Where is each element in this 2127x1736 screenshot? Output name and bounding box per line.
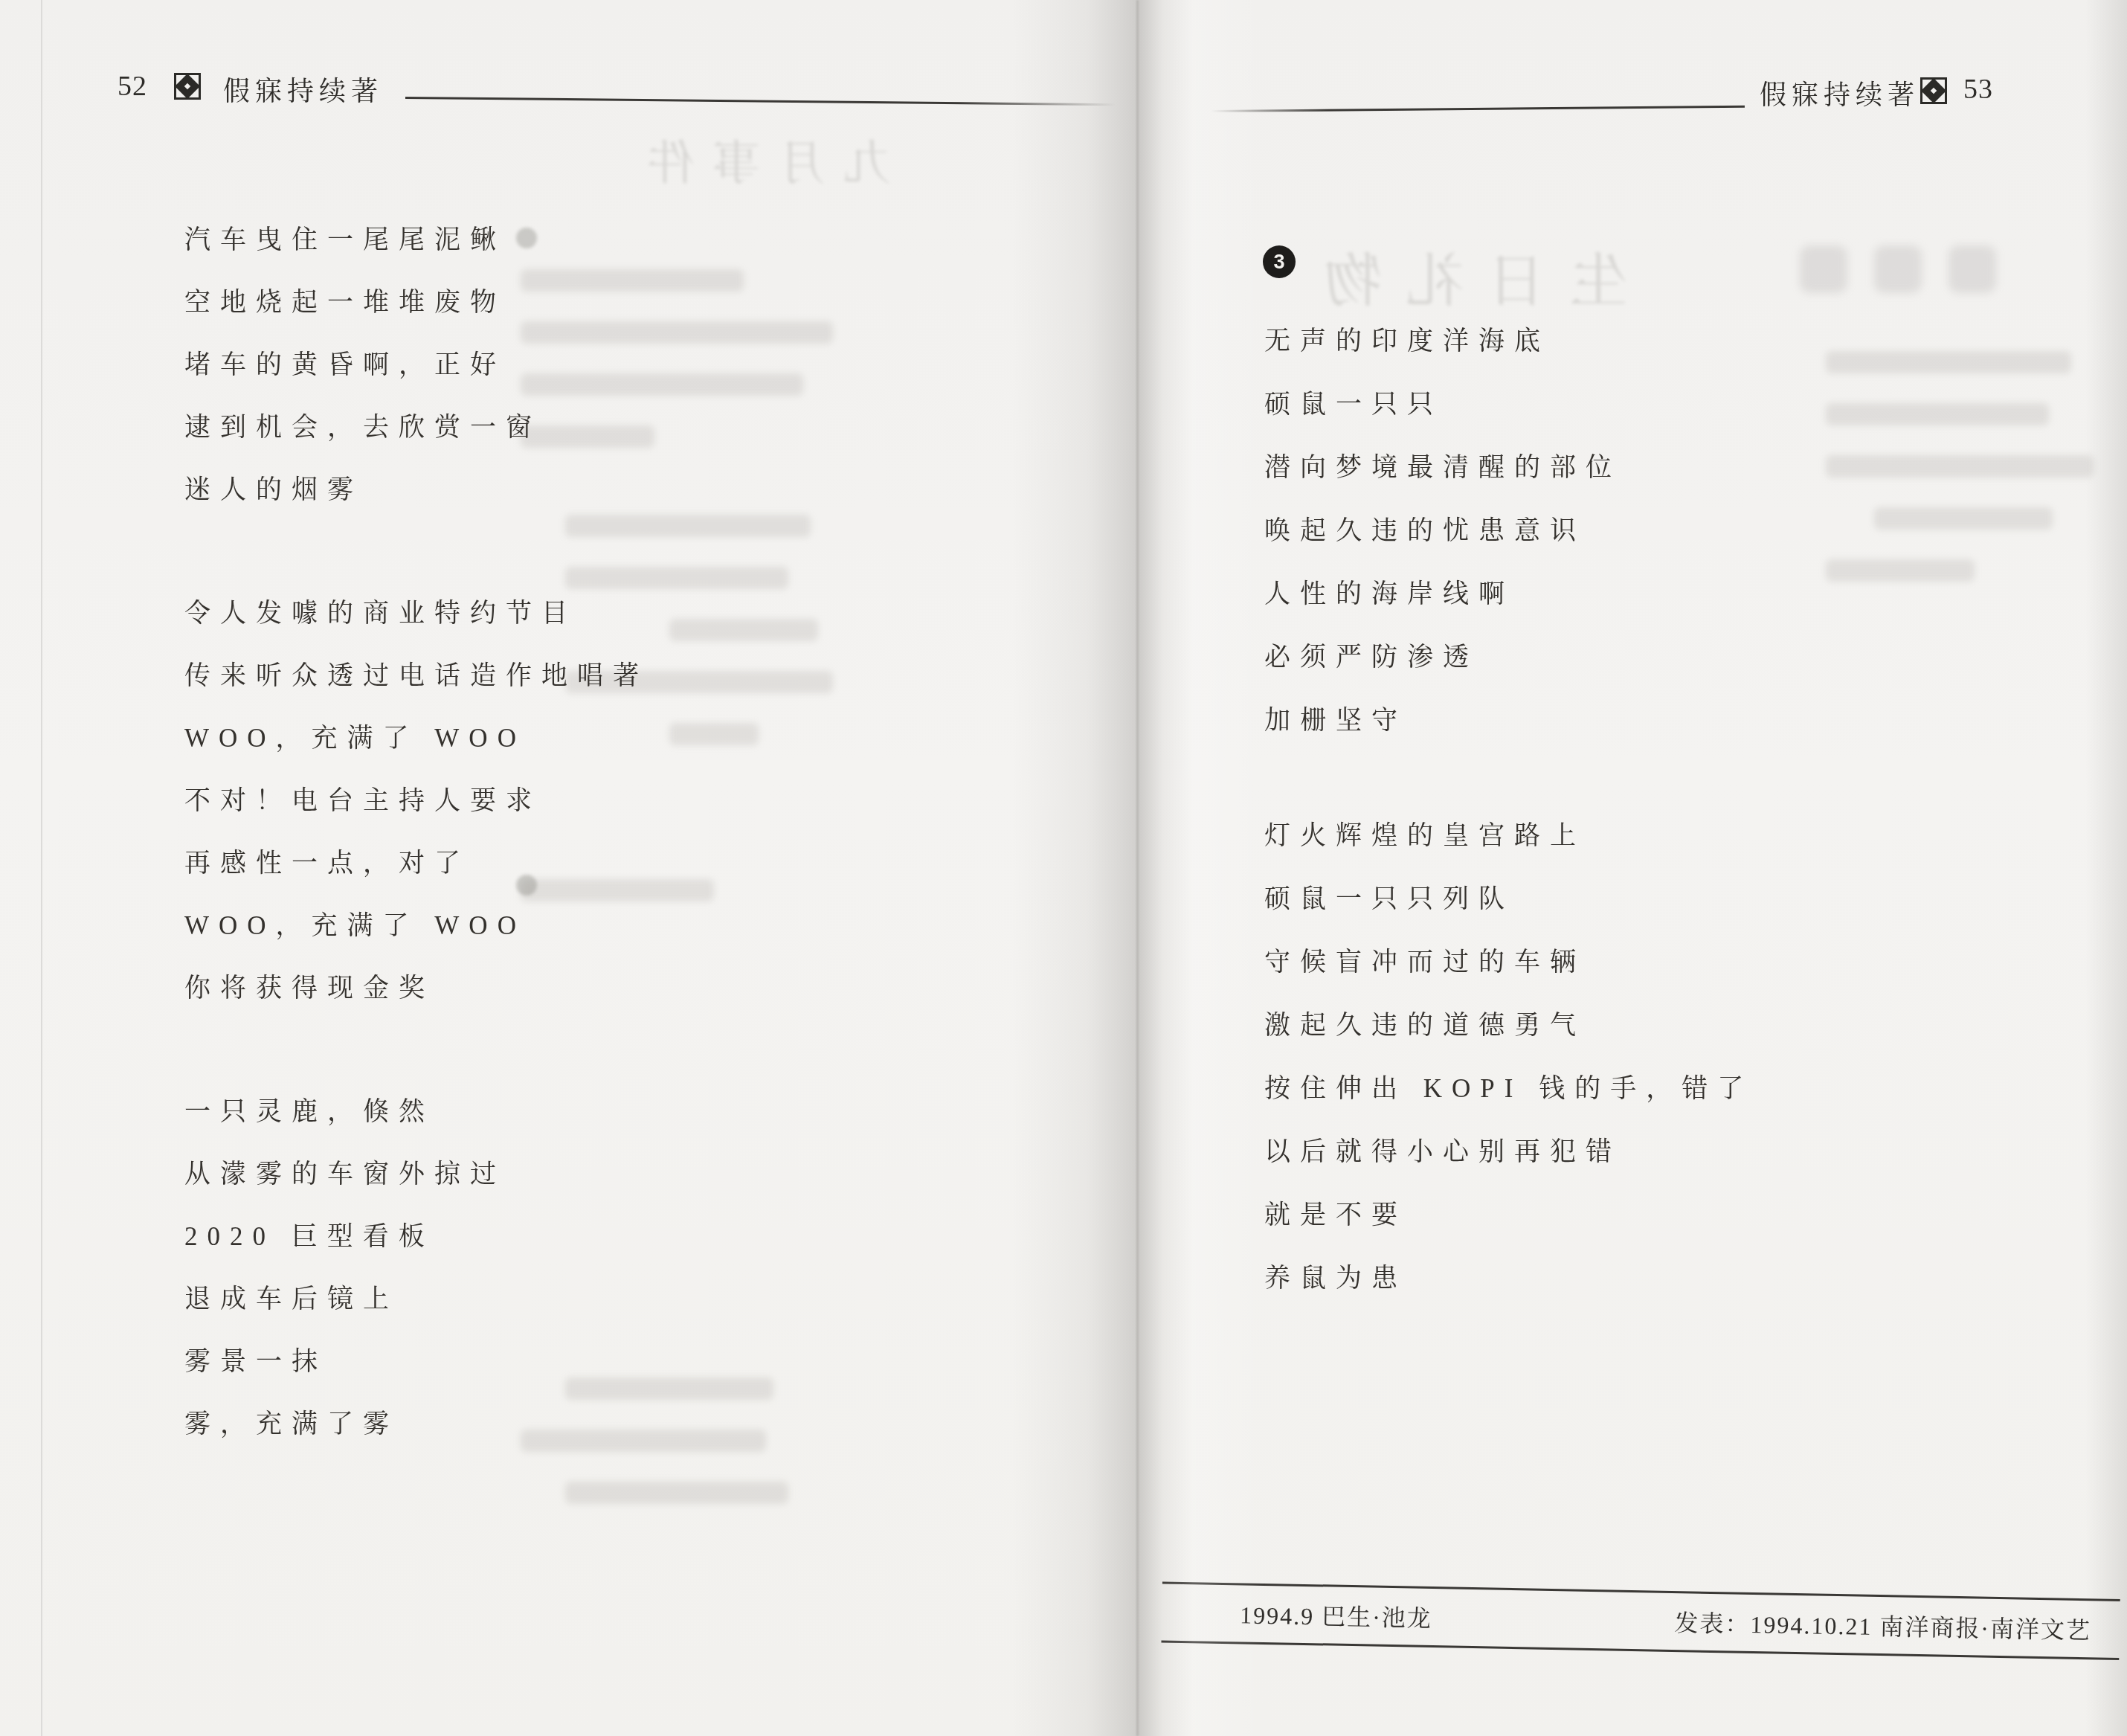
- poem-line: 从濛雾的车窗外掠过: [184, 1141, 506, 1203]
- ghost-smudge-line: [521, 321, 833, 344]
- poem-line: 雾景一抹: [184, 1328, 506, 1391]
- poem-line: 硕鼠一只只列队: [1264, 865, 1753, 928]
- ghost-showthrough-title-right: 生日礼物: [1300, 235, 1627, 318]
- gutter-fold-line: [1136, 0, 1139, 1736]
- poem-line: 潜向梦境最清醒的部位: [1264, 434, 1621, 497]
- poem-line: 硕鼠一只只: [1264, 370, 1621, 434]
- poem-line: 你将获得现金奖: [184, 955, 649, 1018]
- footer-date-place: 1994.9 巴生·池龙: [1240, 1596, 1432, 1634]
- poem-line: 2020 巨型看板: [184, 1203, 506, 1266]
- footer-band: 1994.9 巴生·池龙 发表：1994.10.21 南洋商报·南洋文艺: [1161, 1581, 2120, 1660]
- ghost-smudge-line: [565, 1377, 773, 1400]
- running-title-right: 假寐持续著: [1760, 74, 1920, 112]
- poem-line: 不对！电台主持人要求: [184, 768, 649, 830]
- diamond-ornament-icon: [174, 73, 201, 100]
- ghost-smudge-line: [521, 373, 803, 396]
- poem-stanza: 灯火辉煌的皇宫路上硕鼠一只只列队守候盲冲而过的车辆激起久违的道德勇气按住伸出 K…: [1264, 802, 1753, 1308]
- ghost-smudge-line: [1826, 455, 2094, 478]
- poem-line: 空地烧起一堆堆废物: [184, 269, 541, 332]
- poem-line: 退成车后镜上: [184, 1266, 506, 1328]
- poem-line: 按住伸出 KOPI 钱的手，错了: [1264, 1055, 1753, 1118]
- poem-line: 唤起久违的忧患意识: [1264, 497, 1621, 560]
- poem-line: 令人发噱的商业特约节目: [184, 580, 649, 643]
- ghost-smudge-character: [1949, 245, 1996, 293]
- poem-line: 必须严防渗透: [1264, 623, 1621, 687]
- diamond-ornament-icon: [1920, 77, 1947, 104]
- section-3-marker: 3: [1263, 245, 1296, 278]
- ghost-smudge-line: [1826, 403, 2049, 425]
- poem-line: 人性的海岸线啊: [1264, 560, 1621, 623]
- poem-line: 养鼠为患: [1264, 1244, 1753, 1308]
- ghost-smudge-line: [565, 515, 811, 537]
- page-number-left: 52: [118, 70, 147, 103]
- poem-stanza: 令人发噱的商业特约节目传来听众透过电话造作地唱著WOO，充满了 WOO不对！电台…: [184, 580, 649, 1018]
- poem-stanza: 一只灵鹿，倏然从濛雾的车窗外掠过2020 巨型看板退成车后镜上雾景一抹雾，充满了…: [184, 1078, 506, 1453]
- poem-line: 传来听众透过电话造作地唱著: [184, 643, 649, 705]
- ghost-smudge-character: [1874, 245, 1922, 293]
- poem-line: 就是不要: [1264, 1181, 1753, 1244]
- scan-left-edge: [41, 0, 42, 1736]
- poem-line: 激起久违的道德勇气: [1264, 991, 1753, 1055]
- poem-stanza: 汽车曳住一尾尾泥鳅空地烧起一堆堆废物堵车的黄昏啊，正好逮到机会，去欣赏一窗迷人的…: [184, 207, 541, 519]
- running-title-left: 假寐持续著: [223, 71, 383, 109]
- ghost-smudge-line: [1826, 351, 2071, 373]
- scan-right-edge-shadow: [2085, 0, 2127, 1736]
- poem-line: 灯火辉煌的皇宫路上: [1264, 802, 1753, 865]
- ghost-smudge-line: [565, 1482, 788, 1504]
- poem-line: 加栅坚守: [1264, 687, 1621, 750]
- poem-line: WOO，充满了 WOO: [184, 705, 649, 768]
- poem-line: WOO，充满了 WOO: [184, 893, 649, 955]
- ghost-smudge-line: [1826, 559, 1975, 582]
- footer-publication: 发表：1994.10.21 南洋商报·南洋文艺: [1674, 1604, 2091, 1646]
- poem-line: 以后就得小心别再犯错: [1264, 1118, 1753, 1181]
- poem-line: 无声的印度洋海底: [1264, 307, 1621, 370]
- ghost-smudge-line: [521, 269, 744, 292]
- ghost-smudge-character: [1800, 245, 1847, 293]
- header-rule-right: [1211, 106, 1745, 112]
- header-rule-left: [405, 97, 1116, 106]
- ghost-smudge-line: [521, 1430, 766, 1452]
- poem-line: 堵车的黄昏啊，正好: [184, 332, 541, 394]
- ghost-showthrough-title-left: 九月事件: [629, 125, 891, 193]
- gutter-shadow: [1011, 0, 1264, 1736]
- poem-line: 逮到机会，去欣赏一窗: [184, 394, 541, 457]
- poem-line: 再感性一点，对了: [184, 830, 649, 893]
- poem-line: 迷人的烟雾: [184, 457, 541, 519]
- poem-stanza: 无声的印度洋海底硕鼠一只只潜向梦境最清醒的部位唤起久违的忧患意识人性的海岸线啊必…: [1264, 307, 1621, 750]
- ghost-smudge-line: [1874, 507, 2053, 530]
- poem-line: 守候盲冲而过的车辆: [1264, 928, 1753, 991]
- poem-line: 一只灵鹿，倏然: [184, 1078, 506, 1141]
- poem-line: 雾，充满了雾: [184, 1391, 506, 1453]
- ghost-smudge-line: [669, 723, 759, 745]
- poem-line: 汽车曳住一尾尾泥鳅: [184, 207, 541, 269]
- page-number-right: 53: [1963, 73, 1993, 106]
- book-spread-scan: 九月事件 生日礼物 52 假寐持续著 假寐持续著 53 汽车曳住一尾尾泥鳅空地烧…: [0, 0, 2127, 1736]
- ghost-smudge-line: [669, 619, 818, 641]
